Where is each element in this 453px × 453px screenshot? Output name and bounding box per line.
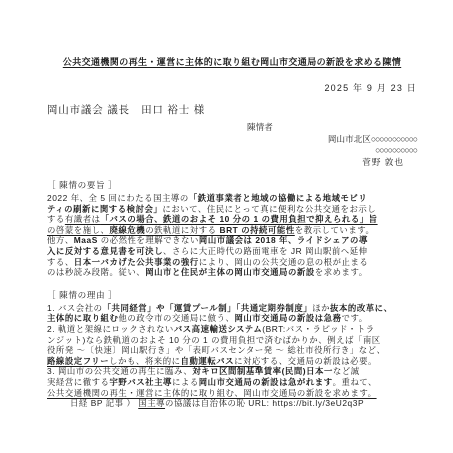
petitioner-address-prefix: 岡山市北区 [328,134,371,144]
reason-line: 路線設定フリーしかも、将来的に自動運転バスに対応する、交通局の新設は必要。 [47,356,417,367]
reason-line: 2. 軌道と架線にロックされないバス高速輸送システム(BRT:バス・ラピッド・ト… [47,324,417,335]
reason-line: 1. バス会社の「共同経営」や「運賃プール制」「共通定期券制度」ほか抜本的改革に… [47,303,417,314]
reason-line: 主体的に取り組む他の政令市の交通局に倣う、岡山市交通局の新設は急務です。 [47,313,417,324]
petitioner-label: 陳情者 [247,122,417,134]
section-spacer [47,278,417,289]
reason-line: 3. 岡山市の公共交通の再生に臨み、対キロ区間制基準賃率(民間)日本一など誠 [47,366,417,377]
summary-line: 他方、MaaS の必然性を理解できない岡山市議会は 2018 年、ライドシェアの… [47,235,417,246]
summary-line: ティの刷新に関する検討会」において、住民にとって真に便利な公共交通をお示し [47,204,417,215]
petitioner-address-line2: ○○○○○○○○○○ [47,145,417,157]
reason-line: 実経営に徹する宇野バス社主導による岡山市交通局の新設は急がれます。重ねて、 [47,377,417,388]
summary-line: 2022 年、全 5 回にわたる国主導の「鉄道事業者と地域の協働による地域モビリ [47,193,417,204]
addressee-line: 岡山市議会 議長 田口 裕士 様 [47,102,417,117]
summary-line: のは秒読み段階。従い、岡山市と住民が主体の岡山市交通局の新設を求めます。 [47,267,417,278]
reasons-section-heading: ［ 陳情の理由 ］ [47,289,417,301]
reason-line: 役所発 〜〔快速〕岡山駅行き」や「表町バスセンター発 〜 総社市役所行き」など、 [47,345,417,356]
summary-line: する、日本一バカげた公共事業の強行により、岡山の公共交通の息の根が止まる [47,257,417,268]
reason-line: ンジット)なら鉄軌道のおよそ 10 分の 1 の費用負担で済むばかりか、例えば「… [47,335,417,346]
petitioner-name: 菅野 敦也 [47,157,417,169]
reason-line: 公共交通機関の再生・運営に主体的に取り組む、岡山市交通局の新設を求めます。 [47,388,417,399]
summary-line: する有識者は「バスの場合、鉄道のおよそ 10 分の 1 の費用負担で抑えられる」… [47,214,417,225]
summary-line: 入に反対する意見書を可決し、さらに大正時代の路面電車を JR 岡山駅前へ延伸 [47,246,417,257]
summary-line: の啓蒙を施し、廃線危機の鉄軌道に対する BRT の持続可能性を教示しています。 [47,225,417,236]
petitioner-address-masked-1: ○○○○○○○○○○○ [371,134,417,144]
petitioner-address-line1: 岡山市北区○○○○○○○○○○○ [47,134,417,146]
document-date: 2025 年 9 月 23 日 [47,81,417,94]
petitioner-block: 陳情者 岡山市北区○○○○○○○○○○○ ○○○○○○○○○○ 菅野 敦也 [47,122,417,168]
document-title: 公共交通機関の再生・運営に主体的に取り組む岡山市交通局の新設を求める陳情 [47,55,417,68]
petition-document: 公共交通機関の再生・運営に主体的に取り組む岡山市交通局の新設を求める陳情 202… [0,0,453,453]
footer-reference-line: 日経 BP 記事 ） 国主導の協議は自治体の恥 URL: https://bit… [47,398,417,409]
summary-section: 2022 年、全 5 回にわたる国主導の「鉄道事業者と地域の協働による地域モビリ… [47,193,417,278]
petitioner-address-masked-2: ○○○○○○○○○○ [375,145,417,155]
reasons-section: 1. バス会社の「共同経営」や「運賃プール制」「共通定期券制度」ほか抜本的改革に… [47,303,417,398]
summary-section-heading: ［ 陳情の要旨 ］ [47,179,417,191]
